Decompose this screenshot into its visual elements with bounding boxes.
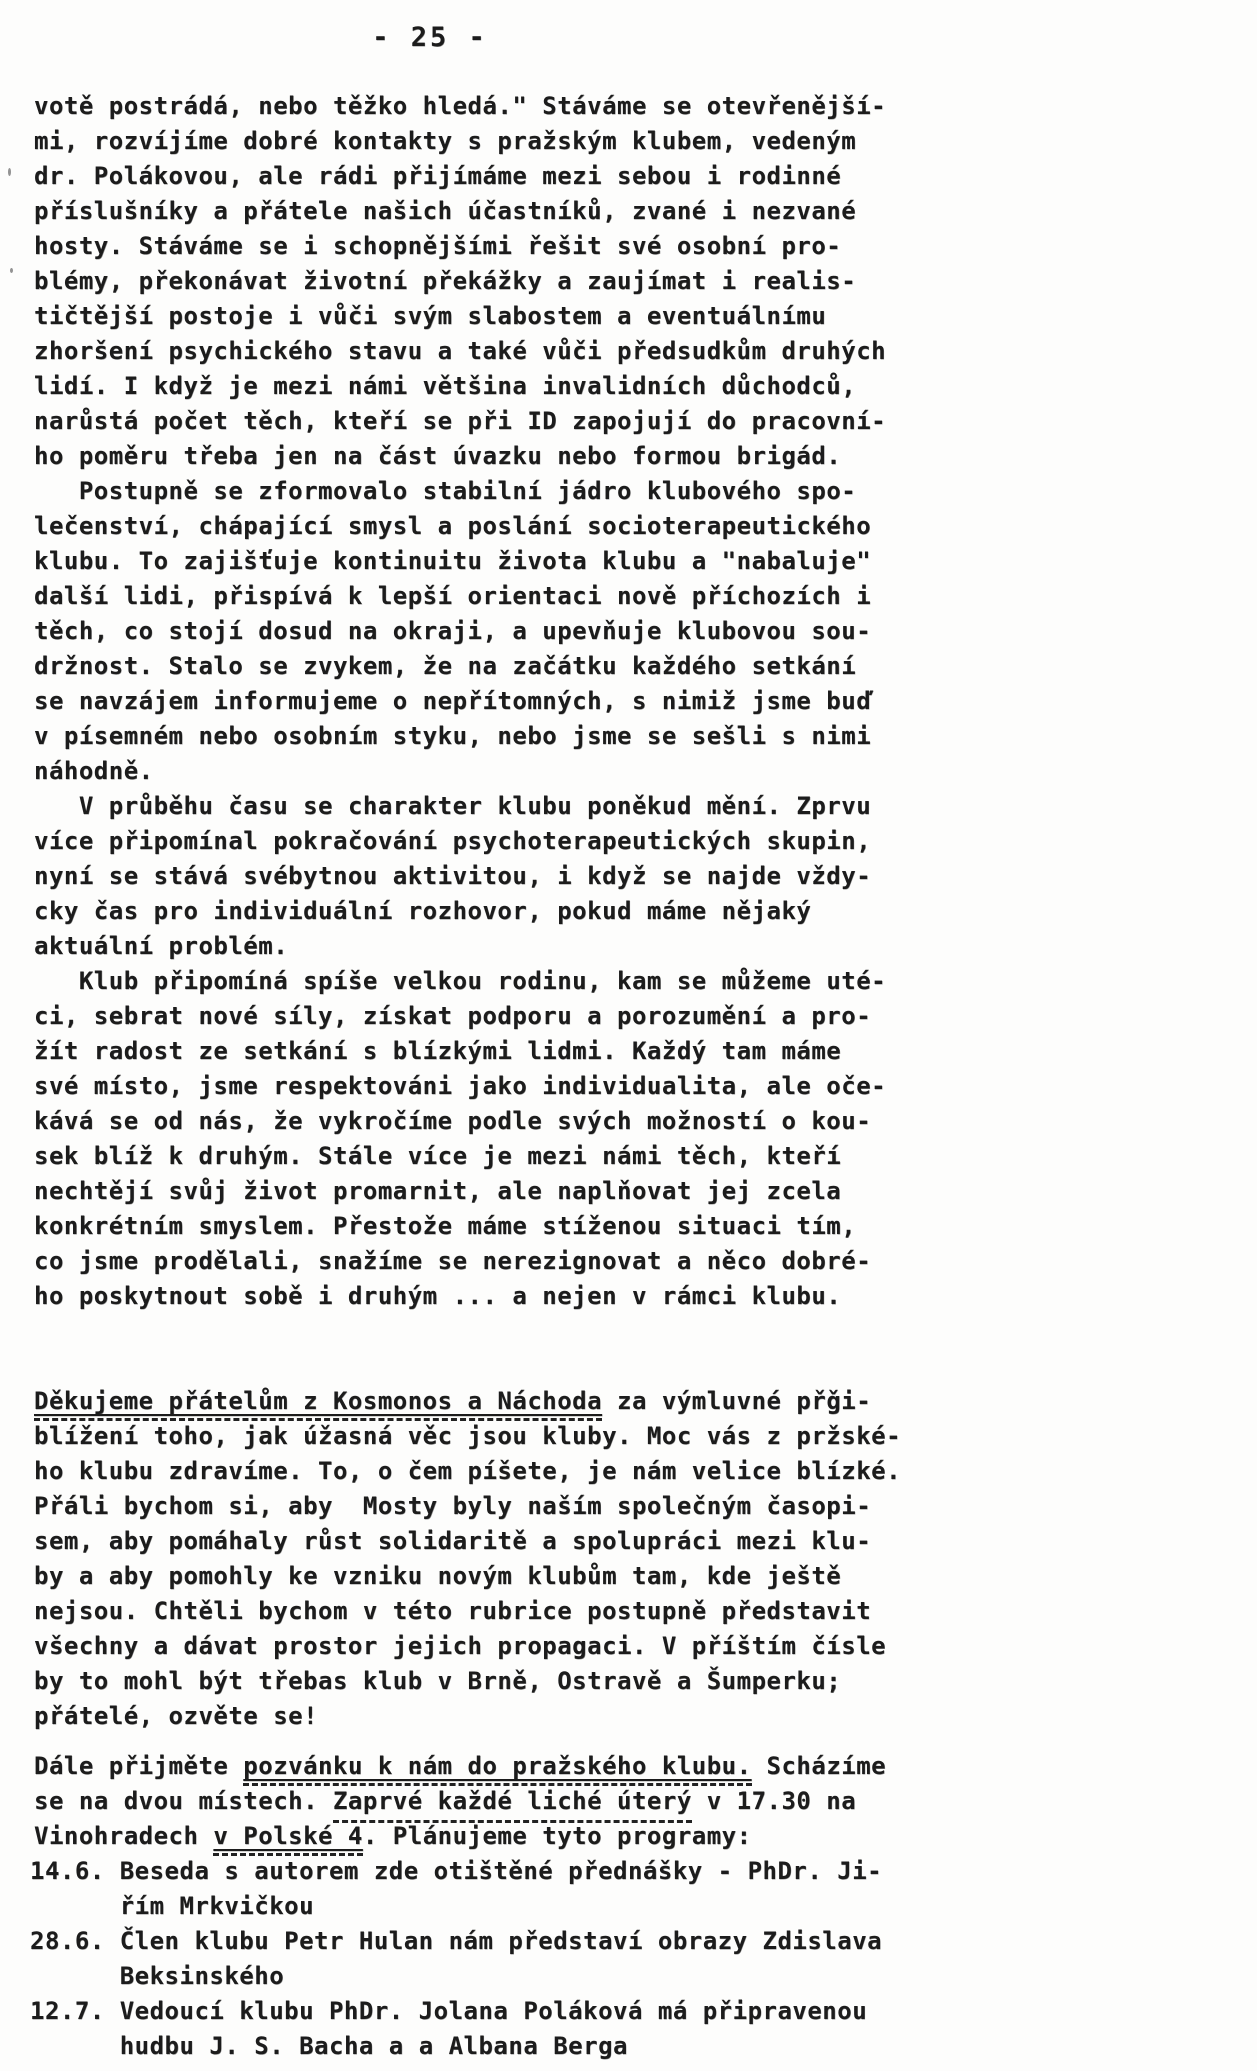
scan-artifact (8, 168, 11, 176)
program-item: 28.6. Člen klubu Petr Hulan nám představ… (30, 1924, 940, 1994)
underlined-address-phrase: v Polské 4 (213, 1822, 363, 1856)
invitation-end: . Plánujeme tyto programy: (363, 1822, 752, 1850)
thanks-line-rest: za výmluvné přǧi- (602, 1387, 871, 1415)
paragraph-club-family: Klub připomíná spíše velkou rodinu, kam … (34, 964, 936, 1314)
paragraph-invitation: Dále přijměte pozvánku k nám do pražskéh… (34, 1749, 936, 1854)
paragraph-acknowledgement: Děkujeme přátelům z Kosmonos a Náchoda z… (34, 1384, 936, 1734)
scan-artifact (10, 268, 13, 273)
paragraph-club-core: Postupně se zformovalo stabilní jádro kl… (34, 474, 936, 789)
program-item: 14.6. Beseda s autorem zde otištěné před… (30, 1854, 940, 1924)
page-number: - 25 - (0, 0, 860, 55)
underlined-invitation-phrase: pozvánku k nám do pražského klubu. (243, 1752, 751, 1786)
paragraph-continuation: votě postrádá, nebo těžko hledá." Stávám… (34, 89, 936, 474)
invitation-start: Dále přijměte (34, 1752, 243, 1780)
underlined-thanks-phrase: Děkujeme přátelům z Kosmonos a Náchoda (34, 1387, 602, 1421)
underlined-tuesday-phrase: Zaprvé každé liché úterý (333, 1787, 692, 1823)
paragraph-club-character: V průběhu času se charakter klubu poněku… (34, 789, 936, 964)
scanned-typewritten-page: - 25 - votě postrádá, nebo těžko hledá."… (0, 0, 1257, 2071)
program-list: 14.6. Beseda s autorem zde otištěné před… (30, 1854, 940, 2064)
acknowledgement-body: blížení toho, jak úžasná věc jsou kluby.… (34, 1422, 901, 1730)
program-item: 12.7. Vedoucí klubu PhDr. Jolana Polákov… (30, 1994, 940, 2064)
